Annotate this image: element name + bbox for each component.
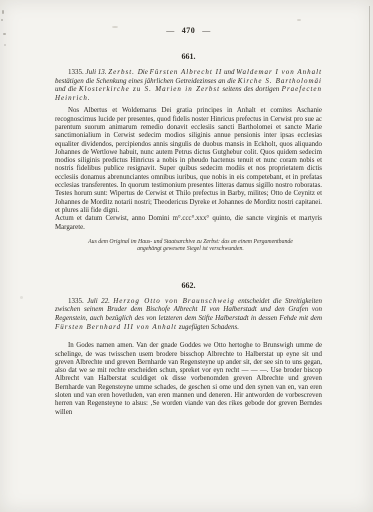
entry-number: 661. xyxy=(55,52,322,61)
heading-segment: Juli 22. xyxy=(87,297,113,305)
page-number: 470 xyxy=(182,26,196,35)
text-block: —470— 661. 1335. Juli 13. Zerbst. Die Fü… xyxy=(55,0,322,417)
heading-segment: Zerbst. xyxy=(108,68,137,76)
entry-number: 662. xyxy=(55,281,322,290)
entry-661: 661. 1335. Juli 13. Zerbst. Die Fürsten … xyxy=(55,52,322,253)
page-edge-line xyxy=(369,6,370,436)
entry-body-paragraph: Nos Albertus et Woldemarus Dei gratia pr… xyxy=(55,107,322,215)
entry-662: 662. 1335. Juli 22. Herzog Otto von Brau… xyxy=(55,281,322,417)
heading-segment: Fürsten Bernhard III von Anhalt xyxy=(55,323,177,331)
heading-segment: Juli 13. xyxy=(86,68,109,76)
heading-segment: Die xyxy=(138,68,150,76)
heading-segment: 1335. xyxy=(68,297,87,305)
entry-body-paragraph: In Godes namen amen. Van der gnade Godde… xyxy=(55,342,322,417)
heading-segment: und xyxy=(222,68,236,76)
source-note: Aus dem Original im Haus- und Staatsarch… xyxy=(85,239,296,253)
heading-segment: Fürsten Albrecht II xyxy=(150,68,223,76)
heading-segment: seitens des dortigen xyxy=(220,85,282,93)
scan-artifact xyxy=(297,19,301,21)
heading-segment: zugefügten Schadens. xyxy=(177,323,239,331)
scan-artifact xyxy=(2,10,4,14)
entry-datum-line: Actum et datum Cerwist, anno Domini m°.c… xyxy=(55,215,322,232)
header-rule-right: — xyxy=(202,26,211,35)
scan-artifact xyxy=(20,296,23,299)
scan-artifact xyxy=(4,44,6,46)
heading-segment: bestätigen die Schenkung eines jährliche… xyxy=(55,77,238,85)
entry-heading: 1335. Juli 22. Herzog Otto von Braunschw… xyxy=(55,297,322,331)
heading-segment: Herzog Otto von Braunschweig xyxy=(113,297,234,305)
scan-artifact xyxy=(1,19,3,21)
page-header: —470— xyxy=(55,0,322,35)
heading-segment: und die xyxy=(55,85,79,93)
book-page: —470— 661. 1335. Juli 13. Zerbst. Die Fü… xyxy=(0,0,373,512)
entry-heading: 1335. Juli 13. Zerbst. Die Fürsten Albre… xyxy=(55,68,322,102)
heading-segment: 1335. xyxy=(68,68,86,76)
header-rule-left: — xyxy=(166,26,175,35)
heading-segment: Kirche S. Bartholomäi xyxy=(238,77,322,85)
heading-segment: Waldemar I von Anhalt xyxy=(236,68,322,76)
scan-artifact xyxy=(3,33,6,35)
scan-artifact xyxy=(112,26,118,28)
heading-segment: Klosterkirche zu S. Marien in Zerbst xyxy=(79,85,220,93)
